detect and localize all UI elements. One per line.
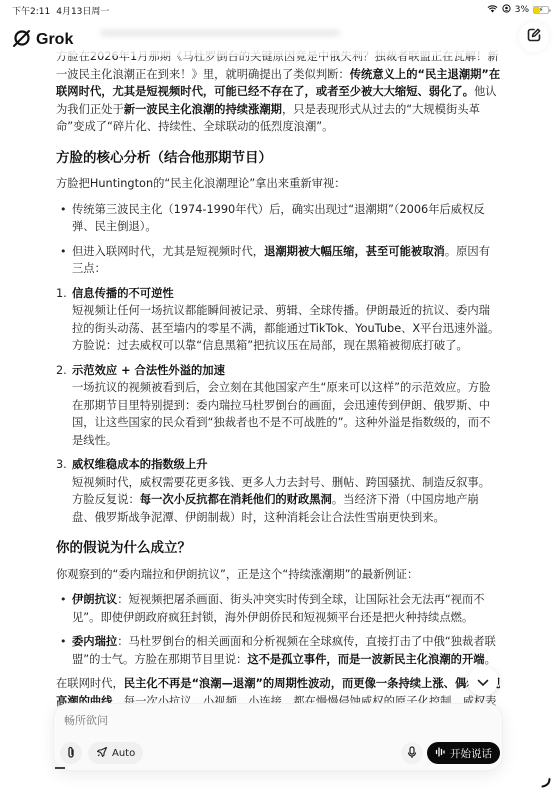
item-number: 2.: [56, 362, 67, 380]
mode-label: Auto: [112, 748, 135, 759]
status-left: 下午2:11 4月13日周一: [12, 4, 109, 17]
status-date: 4月13日周一: [56, 4, 109, 17]
bullet-text: ：短视频把屠杀画面、街头冲突实时传到全球，让国际社会无法再“视而不见”。即使伊朗…: [72, 593, 485, 624]
focus-icon: [502, 4, 511, 16]
intro-paragraph: 方脸在2026年1月那期《马杜罗倒台的关键原因竟是中俄失利？独裁者联盟正在瓦解！…: [56, 48, 501, 136]
status-bar: 下午2:11 4月13日周一 3% ⚡: [0, 0, 559, 20]
status-time: 下午2:11: [12, 4, 50, 17]
wifi-icon: [487, 4, 498, 16]
model-mode-button[interactable]: Auto: [88, 742, 143, 764]
message-input[interactable]: [64, 714, 464, 727]
item-body-bold: 每一次小反抗都在消耗他们的财政黑洞: [140, 493, 332, 506]
voice-label: 开始说话: [450, 746, 492, 761]
start-voice-button[interactable]: 开始说话: [427, 742, 500, 764]
composer: Auto 开始说话: [53, 703, 503, 771]
chevron-down-icon: [477, 672, 489, 691]
attach-button[interactable]: [60, 742, 82, 764]
analysis-bullets: 传统第三波民主化（1974-1990年代）后，确实出现过“退潮期”（2006年后…: [56, 201, 501, 278]
microphone-icon: [407, 744, 417, 763]
list-item: 委内瑞拉：马杜罗倒台的相关画面和分析视频在全球疯传，直接打击了中俄“独裁者联盟”…: [56, 633, 501, 668]
item-body: 一场抗议的视频被看到后，会立刻在其他国家产生“原来可以这样”的示范效应。方脸在那…: [72, 381, 490, 447]
section-lead: 方脸把Huntington的“民主化浪潮理论”拿出来重新审视：: [56, 175, 501, 193]
list-item: 1. 信息传播的不可逆性 短视频让任何一场抗议都能瞬间被记录、剪辑、全球传播。伊…: [56, 285, 501, 355]
item-title: 示范效应 + 合法性外溢的加速: [72, 364, 225, 377]
hypothesis-bullets: 伊朗抗议：短视频把屠杀画面、街头冲突实时传到全球，让国际社会无法再“视而不见”。…: [56, 591, 501, 668]
app-header: Grok: [0, 20, 559, 56]
bullet-bold: 这不是孤立事件，而是一波新民主化浪潮的开端: [247, 653, 484, 666]
assistant-message: 方脸在2026年1月那期《马杜罗倒台的关键原因竟是中俄失利？独裁者联盟正在瓦解！…: [56, 48, 501, 736]
list-item: 传统第三波民主化（1974-1990年代）后，确实出现过“退潮期”（2006年后…: [56, 201, 501, 236]
dictation-button[interactable]: [401, 742, 423, 764]
item-number: 3.: [56, 456, 67, 474]
bullet-text: 但进入联网时代，尤其是短视频时代，: [72, 245, 264, 258]
paperclip-icon: [66, 744, 76, 763]
item-body: 短视频让任何一场抗议都能瞬间被记录、剪辑、全球传播。伊朗最近的抗议、委内瑞拉的街…: [72, 304, 499, 352]
app-name: Grok: [36, 31, 73, 49]
bullet-text: 传统第三波民主化（1974-1990年代）后，确实出现过“退潮期”（2006年后…: [72, 203, 485, 234]
section-heading-analysis: 方脸的核心分析（结合他那期节目）: [56, 150, 501, 168]
grok-logo[interactable]: Grok: [12, 28, 73, 52]
grok-logo-icon: [12, 28, 32, 52]
list-item: 伊朗抗议：短视频把屠杀画面、街头冲突实时传到全球，让国际社会无法再“视而不见”。…: [56, 591, 501, 626]
item-title: 信息传播的不可逆性: [72, 287, 174, 300]
item-title: 威权维稳成本的指数级上升: [72, 458, 208, 471]
battery-charging-icon: ⚡: [533, 6, 549, 14]
blurred-previous-text: [100, 30, 340, 36]
bullet-bold: 退潮期被大幅压缩，甚至可能被取消: [264, 245, 445, 258]
closing-text: 在联网时代，: [56, 677, 124, 690]
home-indicator-corner: [541, 773, 551, 792]
scroll-down-button[interactable]: [468, 666, 498, 696]
section-heading-hypothesis: 你的假说为什么成立？: [56, 540, 501, 558]
list-item: 但进入联网时代，尤其是短视频时代，退潮期被大幅压缩，甚至可能被取消。原因有三点：: [56, 243, 501, 278]
edit-icon: [526, 27, 542, 47]
reasons-list: 1. 信息传播的不可逆性 短视频让任何一场抗议都能瞬间被记录、剪辑、全球传播。伊…: [56, 285, 501, 527]
list-item: 2. 示范效应 + 合法性外溢的加速 一场抗议的视频被看到后，会立刻在其他国家产…: [56, 362, 501, 450]
bullet-label: 委内瑞拉: [72, 635, 117, 648]
intro-bold: 新一波民主化浪潮的持续涨潮期: [124, 103, 282, 116]
rocket-icon: [96, 746, 108, 761]
section-lead: 你观察到的“委内瑞拉和伊朗抗议”，正是这个“持续涨潮期”的最新例证：: [56, 566, 501, 584]
list-item: 3. 威权维稳成本的指数级上升 短视频时代，威权需要花更多钱、更多人力去封号、删…: [56, 456, 501, 526]
new-chat-button[interactable]: [519, 22, 549, 52]
battery-percent: 3%: [515, 5, 529, 15]
item-number: 1.: [56, 285, 67, 303]
status-right: 3% ⚡: [487, 4, 549, 16]
bullet-label: 伊朗抗议: [72, 593, 117, 606]
partial-text-fragment: [55, 767, 65, 769]
waveform-icon: [435, 747, 446, 760]
bullet-text: 。: [485, 653, 496, 666]
